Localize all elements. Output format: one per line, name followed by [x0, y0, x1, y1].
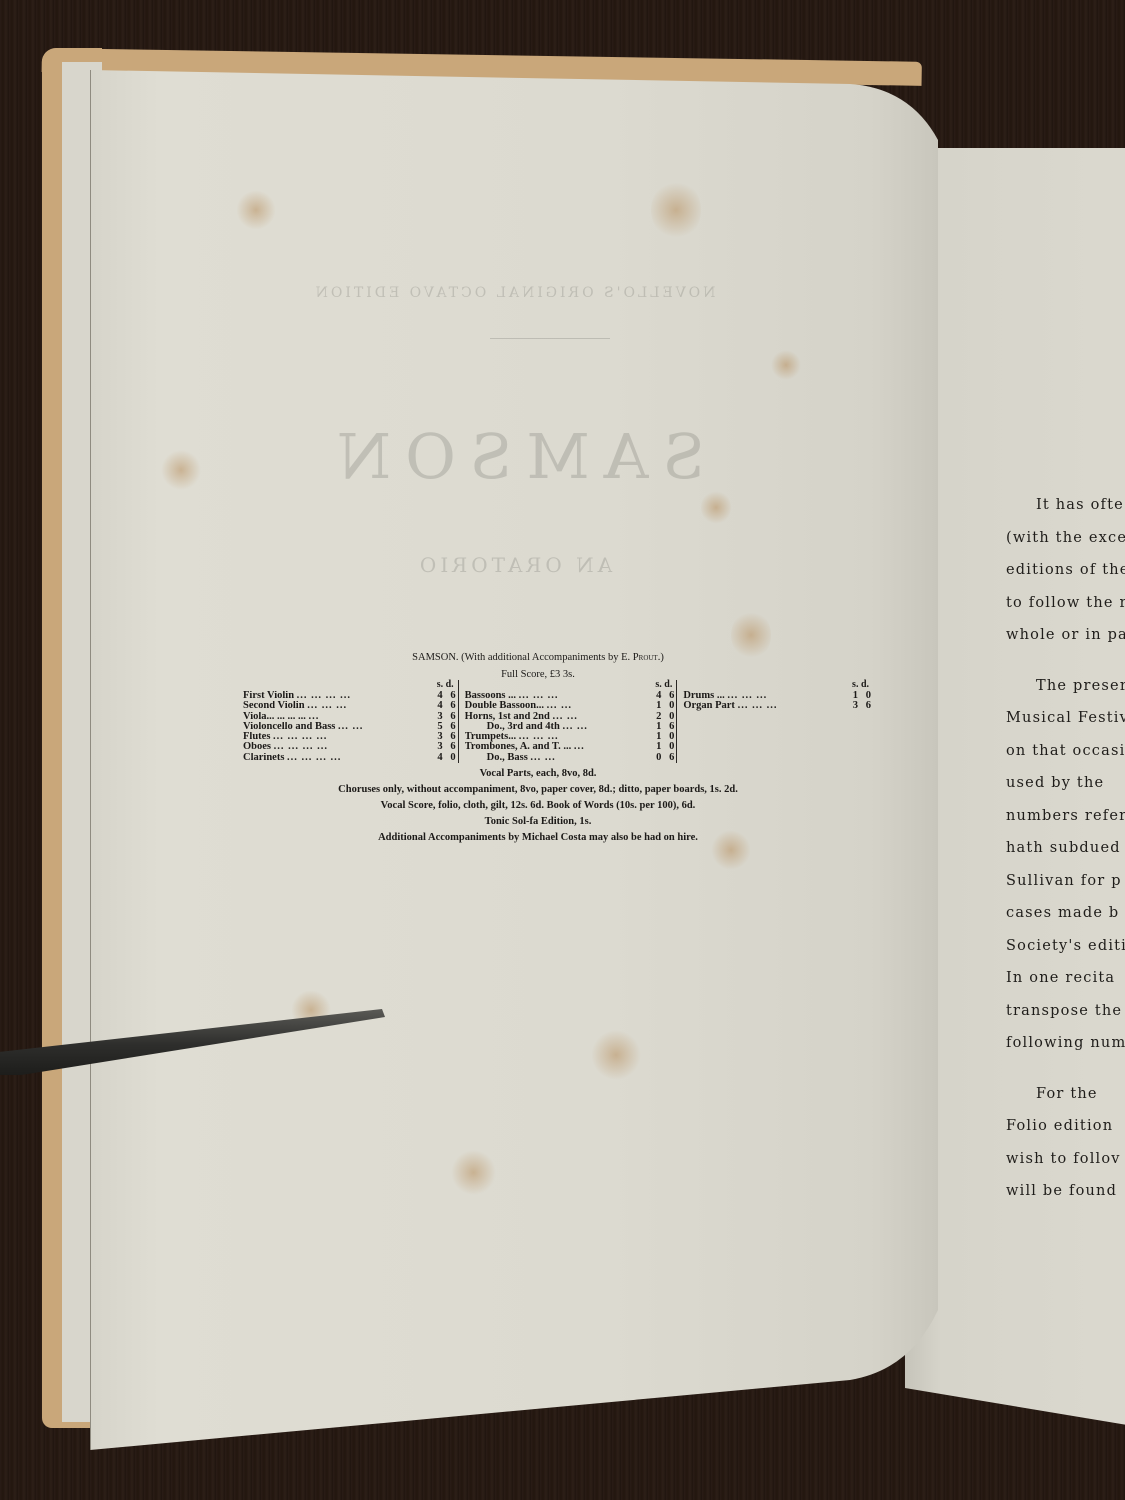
- ad-title: SAMSON. (With additional Accompaniments …: [203, 652, 873, 663]
- ad-vocal-parts: Vocal Parts, each, 8vo, 8d.: [203, 768, 873, 779]
- ad-title-note: (With additional Accompaniments by: [461, 652, 618, 663]
- text-line: following num: [1006, 1035, 1125, 1068]
- text-line: on that occasio: [1006, 743, 1125, 776]
- parts-column-1: s. d. First Violin ... ... ... ...46 Sec…: [243, 680, 459, 763]
- table-row: First Violin ... ... ... ...46: [243, 691, 458, 701]
- table-row: Drums ... ... ... ...10: [683, 691, 873, 701]
- text-line: The preser: [1006, 678, 1125, 711]
- table-row: Do., 3rd and 4th ... ...16: [465, 722, 677, 732]
- text-line: Folio edition: [1006, 1118, 1125, 1151]
- currency-header: s. d.: [852, 680, 869, 690]
- text-line: used by the: [1006, 775, 1125, 808]
- table-row: Second Violin ... ... ...46: [243, 701, 458, 711]
- ad-costa-note: Additional Accompaniments by Michael Cos…: [203, 832, 873, 843]
- table-row: Trumpets... ... ... ...10: [465, 732, 677, 742]
- text-line: (with the excep: [1006, 530, 1125, 563]
- text-line: Musical Festiva: [1006, 710, 1125, 743]
- text-line: whole or in pa: [1006, 627, 1125, 660]
- table-row: Do., Bass ... ...06: [465, 753, 677, 763]
- publisher-advertisement: SAMSON. (With additional Accompaniments …: [243, 652, 873, 843]
- ad-work-title: SAMSON.: [412, 652, 458, 663]
- text-line: numbers referre: [1006, 808, 1125, 841]
- table-row: Horns, 1st and 2nd ... ...20: [465, 712, 677, 722]
- table-row: Organ Part ... ... ...36: [683, 701, 873, 711]
- table-row: Trombones, A. and T. ... ...10: [465, 742, 677, 752]
- text-line: Sullivan for p: [1006, 873, 1125, 906]
- text-line: It has ofte: [1006, 497, 1125, 530]
- show-through-series-title: NOVELLO'S ORIGINAL OCTAVO EDITION: [90, 285, 938, 301]
- table-row: Flutes ... ... ... ...36: [243, 732, 458, 742]
- text-line: to follow the r: [1006, 595, 1125, 628]
- text-line: hath subdued: [1006, 840, 1125, 873]
- parts-column-2: s. d. Bassoons ... ... ... ...46 Double …: [460, 680, 678, 763]
- table-row: Viola... ... ... ... ...36: [243, 712, 458, 722]
- text-line: transpose the: [1006, 1003, 1125, 1036]
- text-line: Society's editi: [1006, 938, 1125, 971]
- ad-vocal-score: Vocal Score, folio, cloth, gilt, 12s. 6d…: [203, 800, 873, 811]
- table-row: Bassoons ... ... ... ...46: [465, 691, 677, 701]
- pencil-pointer-icon: [0, 995, 390, 1075]
- ad-tonic-solfa: Tonic Sol-fa Edition, 1s.: [203, 816, 873, 827]
- show-through-subtitle: AN ORATORIO: [90, 553, 938, 577]
- show-through-title: SAMSON: [90, 420, 938, 493]
- parts-column-3: s. d. Drums ... ... ... ...10 Organ Part…: [677, 680, 873, 763]
- text-line: In one recita: [1006, 970, 1125, 1003]
- show-through-rule: [490, 338, 610, 339]
- currency-header: s. d.: [655, 680, 672, 690]
- table-row: Clarinets ... ... ... ...40: [243, 753, 458, 763]
- ad-arranger: E. Prout.): [621, 652, 664, 663]
- text-line: will be found: [1006, 1183, 1125, 1216]
- table-row: Violoncello and Bass ... ...56: [243, 722, 458, 732]
- table-row: Oboes ... ... ... ...36: [243, 742, 458, 752]
- parts-price-table: s. d. First Violin ... ... ... ...46 Sec…: [243, 680, 873, 763]
- ad-full-score-price: Full Score, £3 3s.: [203, 669, 873, 680]
- text-line: wish to follov: [1006, 1151, 1125, 1184]
- right-page-text: It has ofte (with the excep editions of …: [1006, 497, 1125, 1216]
- table-row: Double Bassoon... ... ...10: [465, 701, 677, 711]
- text-line: For the: [1006, 1086, 1125, 1119]
- text-line: cases made b: [1006, 905, 1125, 938]
- currency-header: s. d.: [437, 680, 454, 690]
- ad-choruses: Choruses only, without accompaniment, 8v…: [203, 784, 873, 795]
- text-line: editions of the: [1006, 562, 1125, 595]
